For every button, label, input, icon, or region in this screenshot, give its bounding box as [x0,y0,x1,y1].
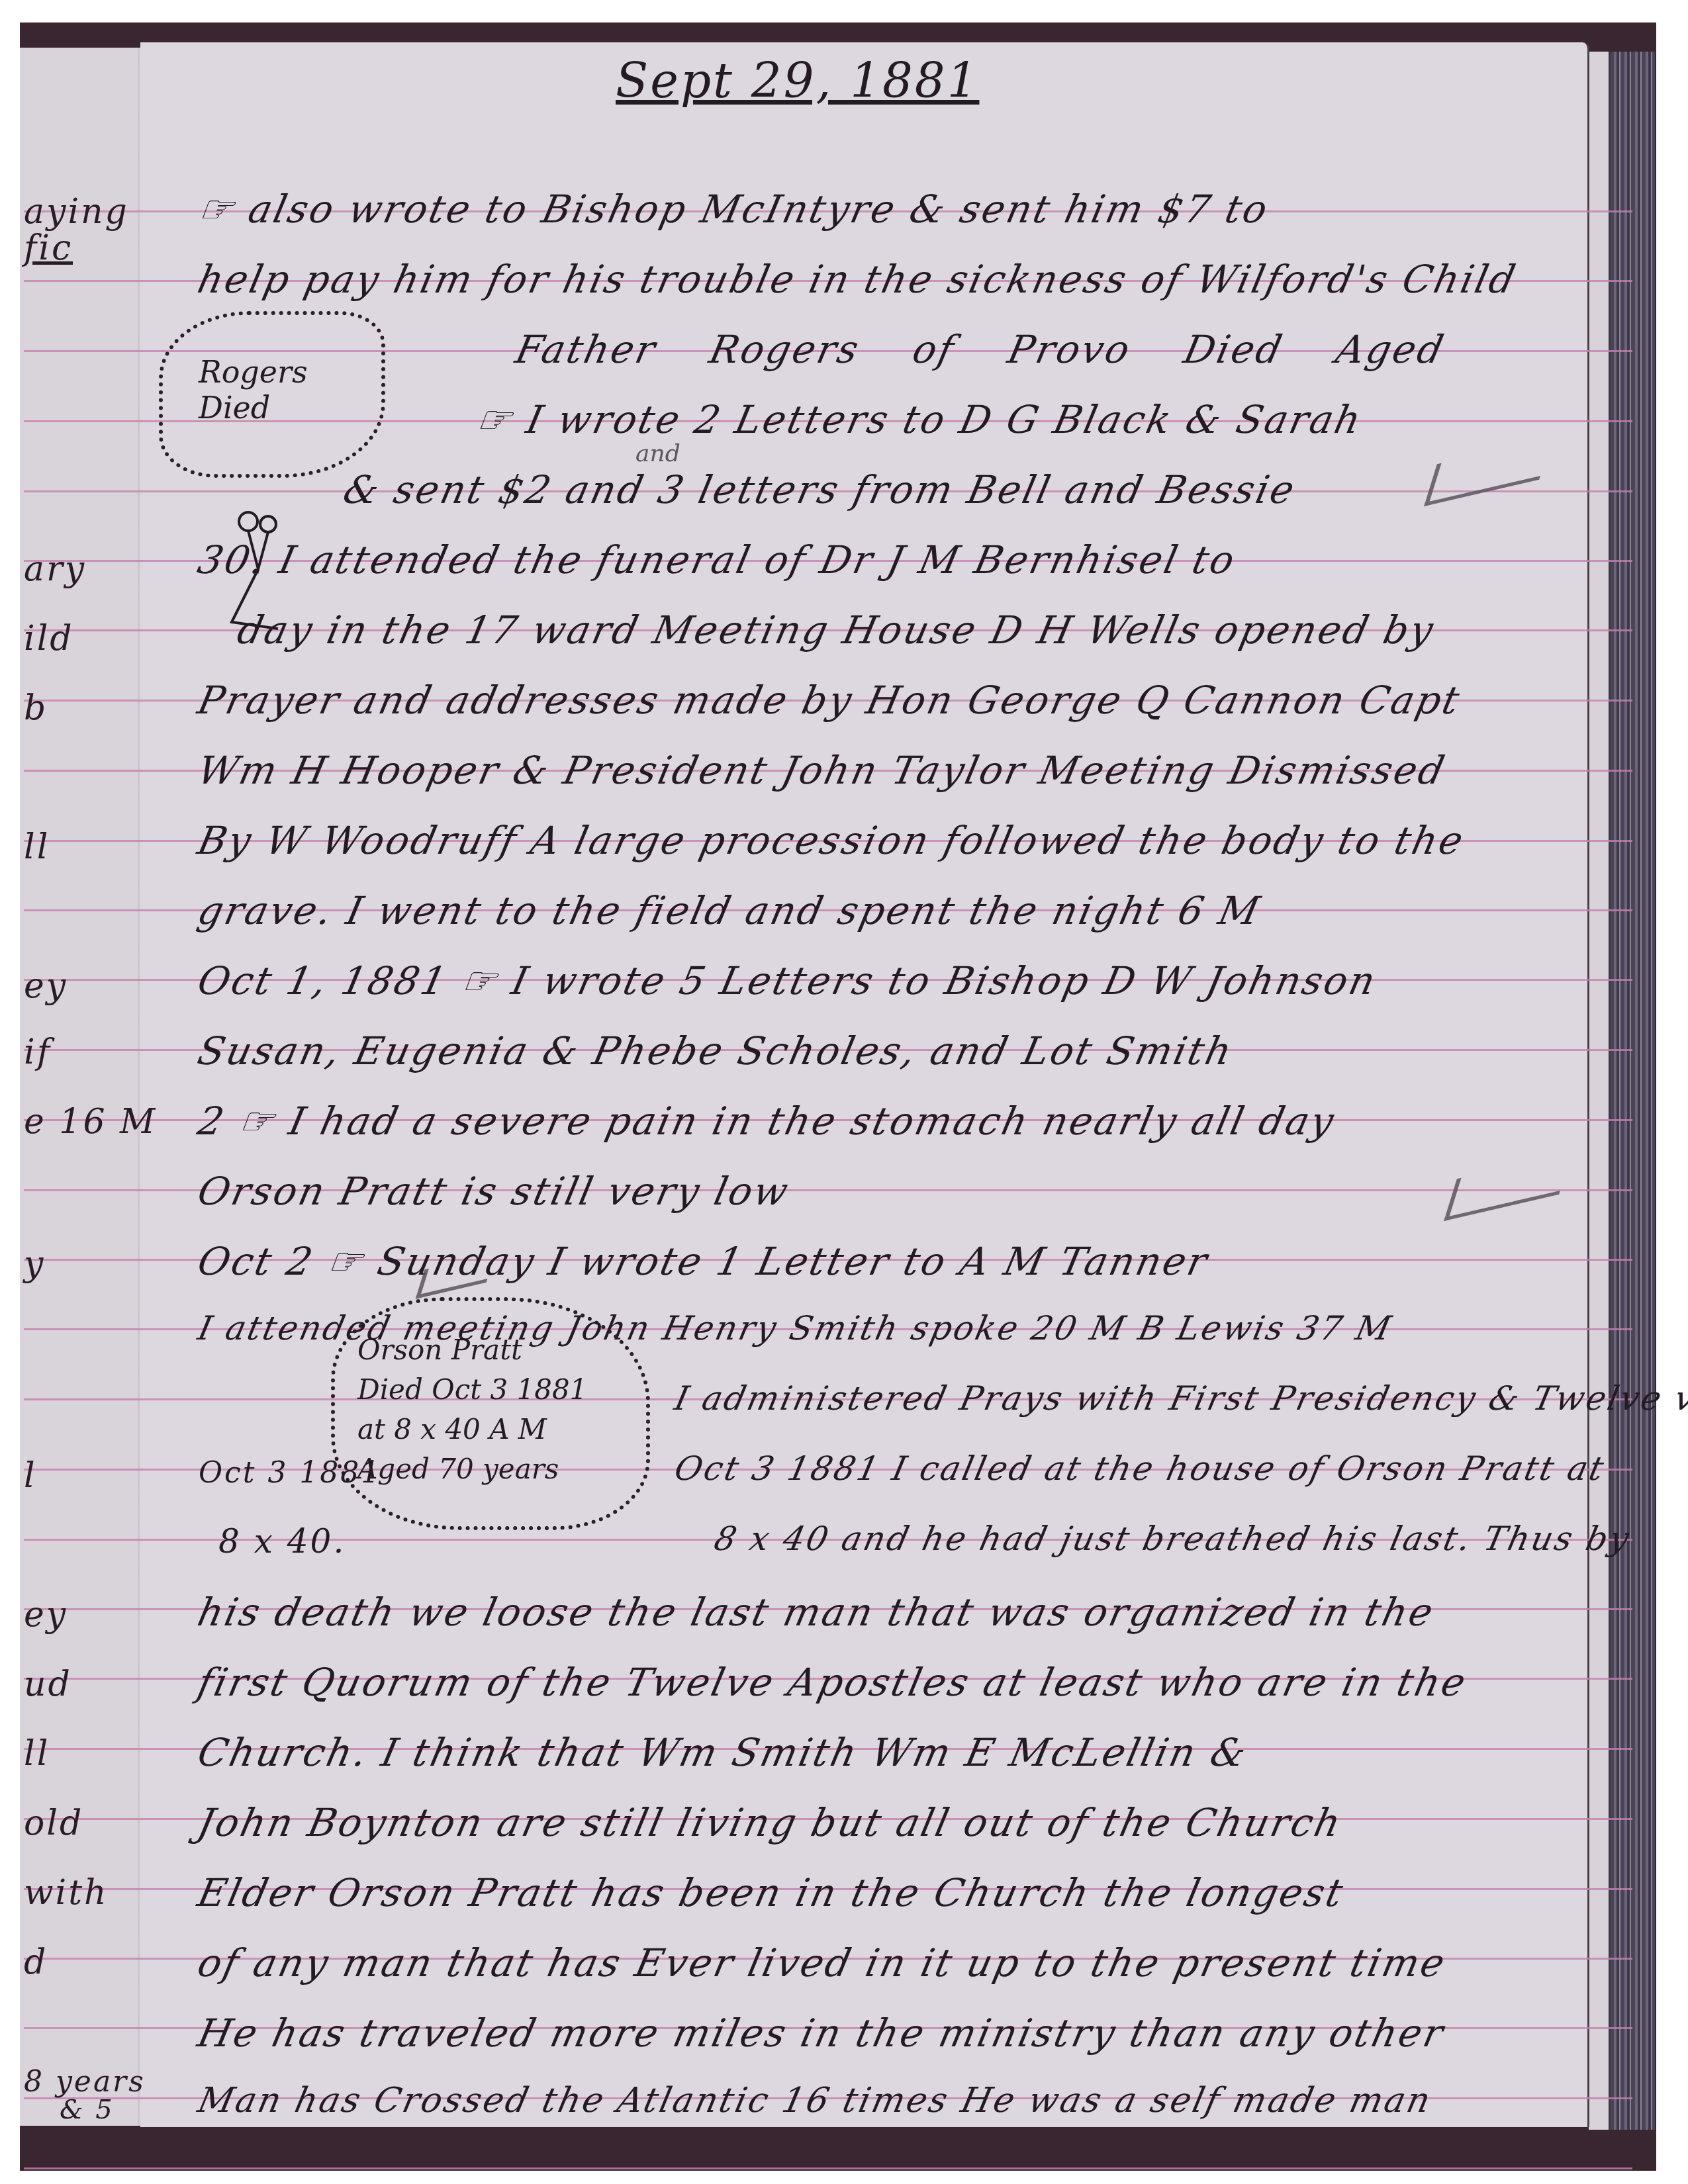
journal-line-15: Orson Pratt is still very low [194,1169,794,1214]
journal-line-18: I administered Prays with First Presiden… [671,1379,1688,1418]
ruled-line [24,2167,1632,2169]
journal-line-19: Oct 3 1881 I called at the house of Orso… [671,1449,1609,1488]
interlinear-and: and [635,440,680,467]
journal-line-22: first Quorum of the Twelve Apostles at l… [194,1660,1472,1705]
journal-line-2: help pay him for his trouble in the sick… [194,257,1521,302]
journal-line-23: Church. I think that Wm Smith Wm E McLel… [194,1730,1252,1775]
journal-line-4: ☞ I wrote 2 Letters to D G Black & Sarah [472,397,1367,442]
left-fragment: & 5 [60,2095,115,2125]
journal-line-12: Oct 1, 1881 ☞ I wrote 5 Letters to Bisho… [194,958,1382,1003]
journal-line-11: grave. I went to the field and spent the… [194,888,1266,933]
left-fragment: with [24,1873,109,1913]
orson-pratt-died-text: Orson Pratt Died Oct 3 1881 at 8 x 40 A … [357,1330,587,1489]
journal-line-13: Susan, Eugenia & Phebe Scholes, and Lot … [194,1028,1237,1073]
left-fragment: old [24,1803,83,1843]
journal-line-16: Oct 2 ☞ Sunday I wrote 1 Letter to A M T… [194,1239,1213,1284]
journal-line-14: 2 ☞ I had a severe pain in the stomach n… [194,1099,1340,1144]
left-fragment: l [24,1456,37,1496]
margin-time: 8 x 40. [218,1522,346,1561]
journal-line-21: his death we loose the last man that was… [194,1590,1439,1635]
journal-line-27: He has traveled more miles in the minist… [194,2011,1449,2056]
left-fragment: ll [24,1734,50,1774]
left-fragment: y [24,1244,45,1284]
journal-line-1: ☞ also wrote to Bishop McIntyre & sent h… [194,187,1274,232]
journal-line-28: Man has Crossed the Atlantic 16 times He… [195,2081,1436,2120]
left-fragment: if [24,1032,52,1072]
margin-date-oct3: Oct 3 1881 [199,1456,381,1490]
journal-line-24: John Boynton are still living but all ou… [194,1800,1346,1845]
left-fragment: ild [24,619,74,659]
left-fragment: e 16 M [24,1102,157,1142]
left-fragment: ey [24,1595,68,1635]
journal-line-6: 30. I attended the funeral of Dr J M Ber… [194,537,1241,582]
left-fragment: aying [24,192,129,232]
journal-line-3: Father Rogers of Provo Died Aged [512,327,1449,372]
journal-line-20: 8 x 40 and he had just breathed his last… [711,1520,1634,1558]
journal-line-8: Prayer and addresses made by Hon George … [194,678,1466,723]
date-heading: Sept 29, 1881 [616,53,979,109]
journal-line-9: Wm H Hooper & President John Taylor Meet… [194,748,1450,793]
left-fragment: ll [24,827,50,867]
journal-line-10: By W Woodruff A large procession followe… [194,818,1469,863]
left-fragment: ary [24,549,86,589]
journal-line-5: & sent $2 and 3 letters from Bell and Be… [340,467,1300,512]
flower-sketch-icon [218,510,311,642]
rogers-died-text: Rogers Died [199,354,308,426]
left-fragment: d [24,1942,48,1982]
left-fragment: fic [24,228,73,268]
journal-line-7: day in the 17 ward Meeting House D H Wel… [234,608,1439,653]
left-fragment: ey [24,966,68,1006]
left-fragment: b [24,688,48,728]
left-fragment: ud [24,1664,72,1704]
journal-line-25: Elder Orson Pratt has been in the Church… [194,1870,1348,1915]
left-fragment: 8 years [24,2065,146,2099]
journal-line-26: of any man that has Ever lived in it up … [194,1940,1450,1985]
